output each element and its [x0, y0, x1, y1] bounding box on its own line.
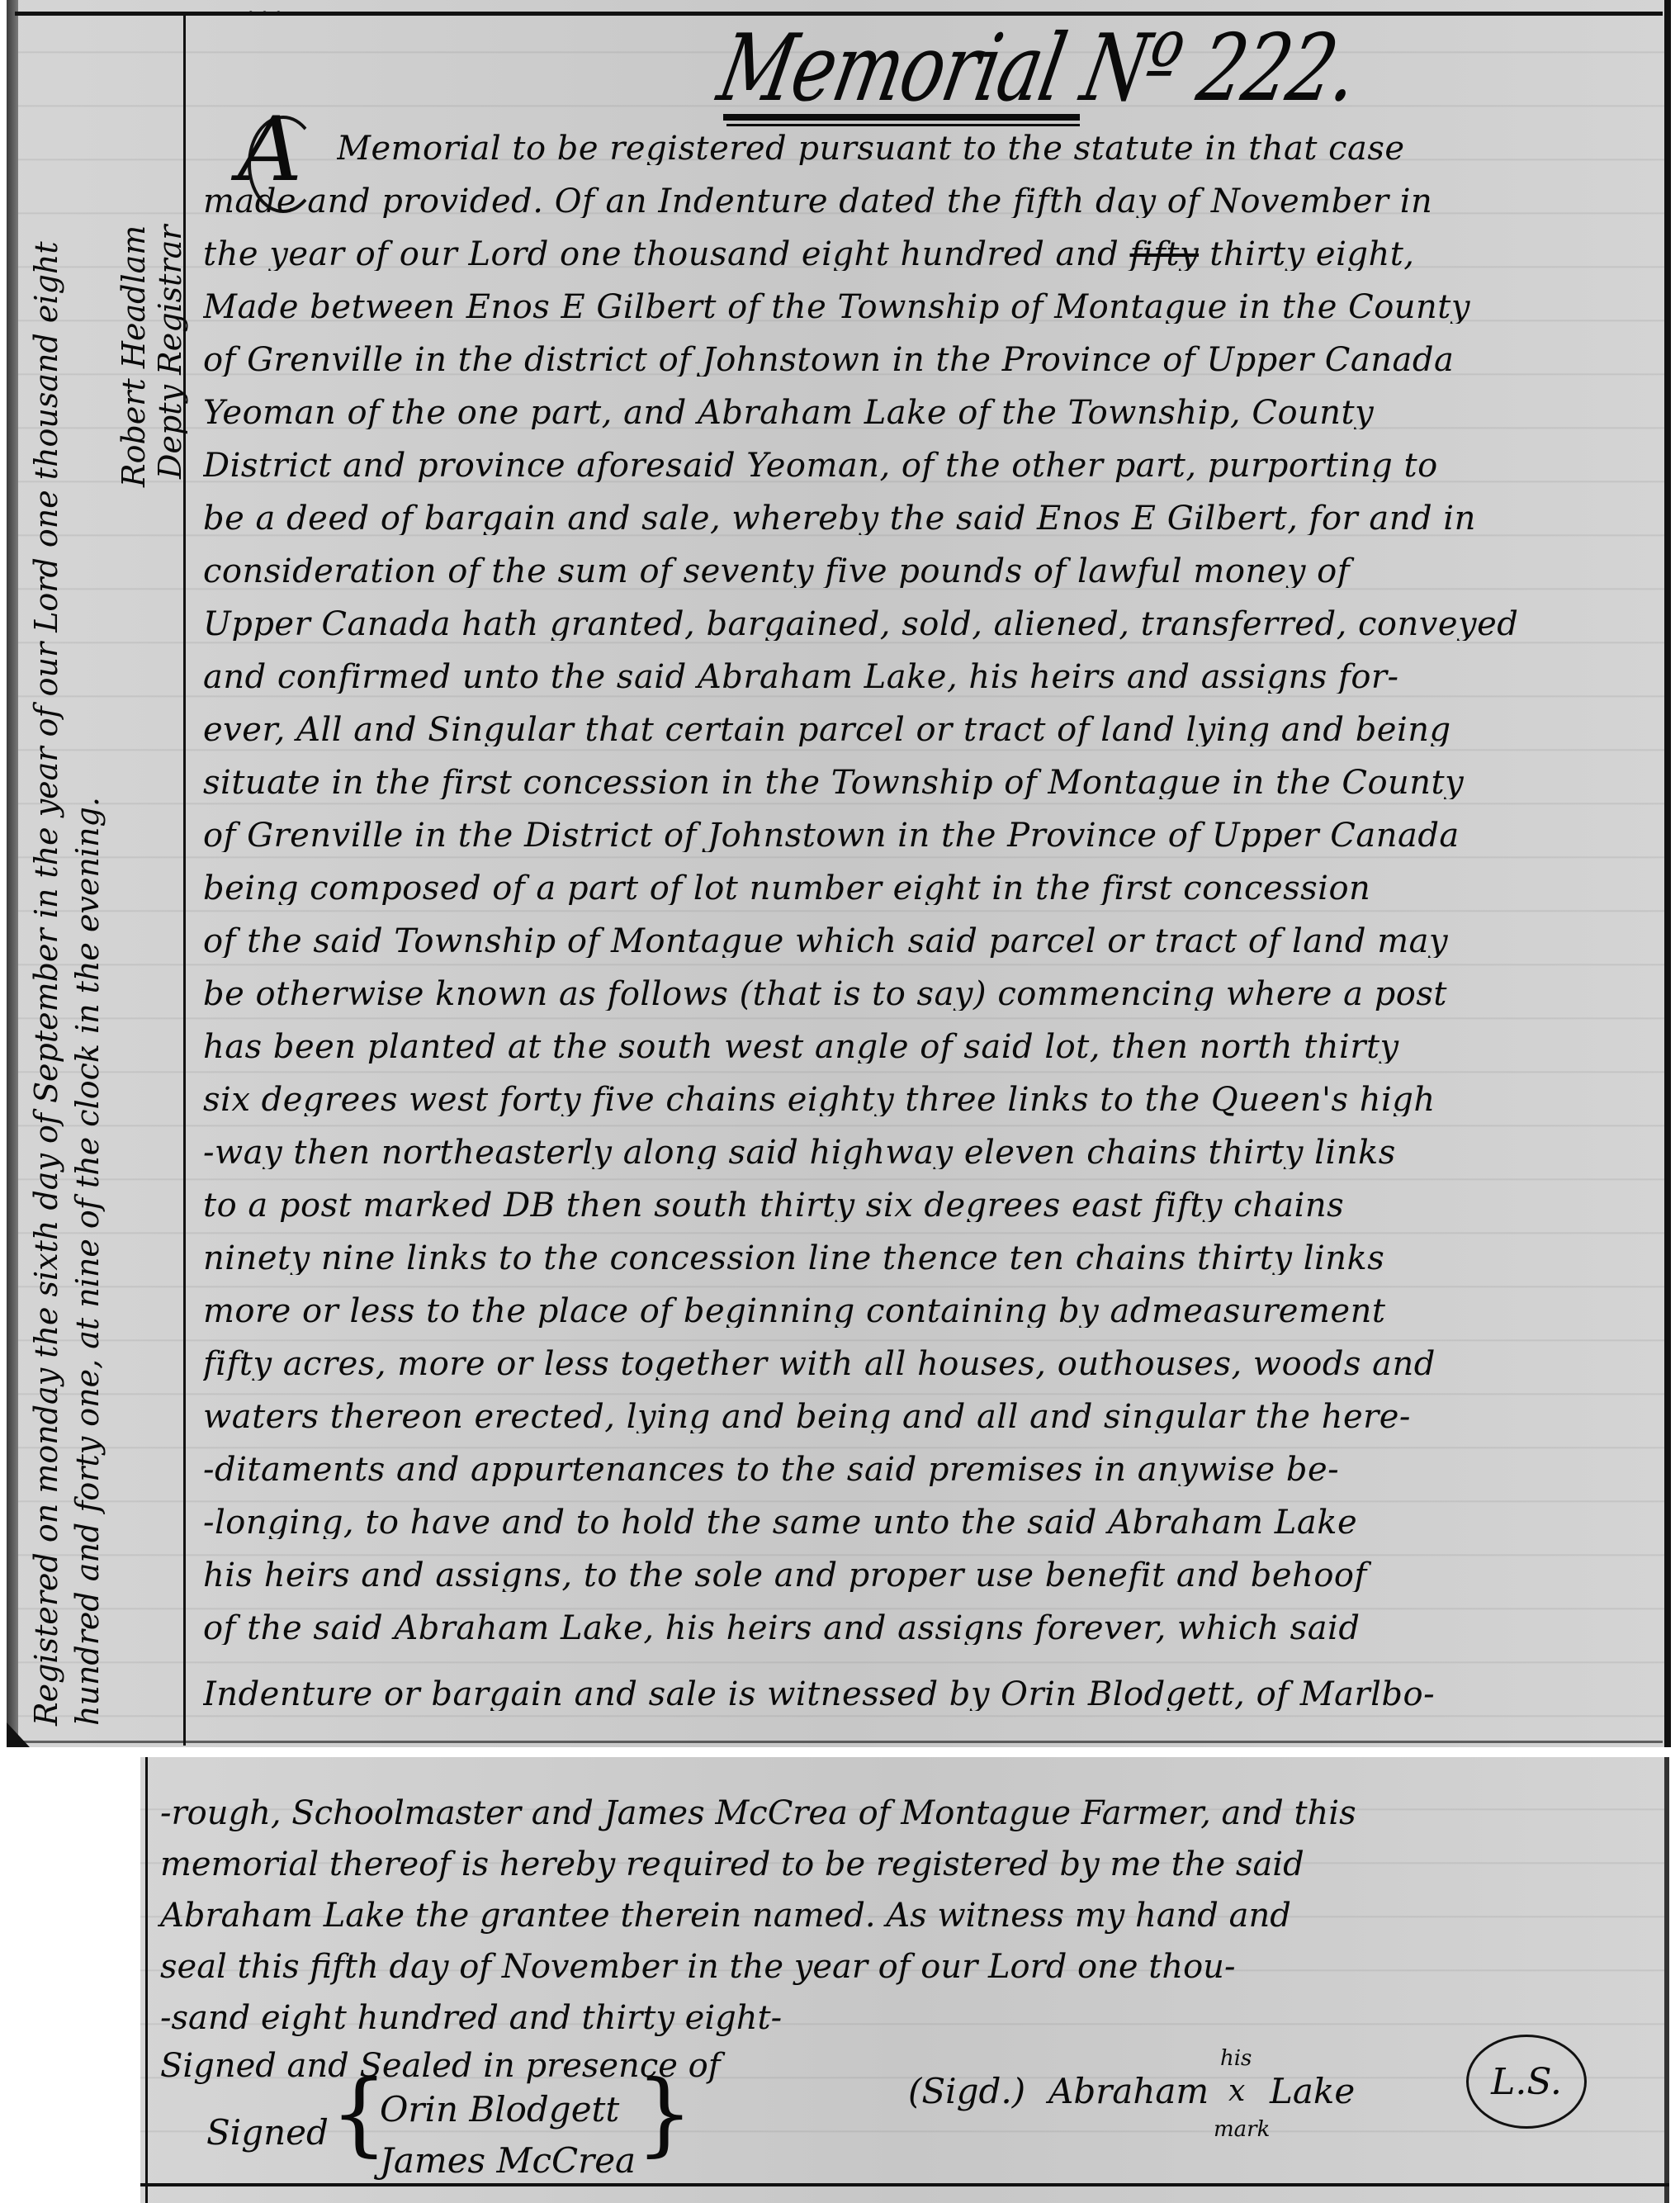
- page-binding-edge: [7, 0, 18, 1747]
- right-brace: }: [636, 2068, 693, 2158]
- seal-ls: L.S.: [1466, 2035, 1587, 2129]
- body-line-16: of the said Township of Montague which s…: [203, 925, 1664, 958]
- witness-1-signature: Orin Blodgett: [380, 2089, 619, 2130]
- body-line-23: more or less to the place of beginning c…: [203, 1295, 1664, 1328]
- body-line-3-text: the year of our Lord one thousand eight …: [203, 238, 1119, 271]
- body-line-1: Memorial to be registered pursuant to th…: [337, 132, 1680, 165]
- signatory-last-name: Lake: [1270, 2071, 1355, 2111]
- body-line-7: District and province aforesaid Yeoman, …: [203, 449, 1664, 482]
- body-line-22: ninety nine links to the concession line…: [203, 1242, 1664, 1275]
- body-line-19: six degrees west forty five chains eight…: [203, 1083, 1664, 1116]
- body-line-2: made and provided. Of an Indenture dated…: [203, 185, 1664, 218]
- signed-label: Signed: [206, 2112, 329, 2153]
- margin-rule-bottom: [145, 1757, 148, 2203]
- memorial-title: Memorial Nº 222.: [711, 15, 1366, 122]
- body-line-21: to a post marked DB then south thirty si…: [203, 1189, 1664, 1222]
- footer-rule: [15, 1741, 1663, 1743]
- margin-registration-line-1: Registered on monday the sixth day of Se…: [28, 25, 64, 1726]
- seal-text: L.S.: [1491, 2061, 1562, 2103]
- body-line-6: Yeoman of the one part, and Abraham Lake…: [203, 396, 1664, 429]
- title-underline: [723, 114, 1080, 121]
- margin-registrar-title: Depty Registrar: [152, 225, 188, 479]
- title-underline-thin: [726, 124, 1080, 126]
- body-line-10: Upper Canada hath granted, bargained, so…: [203, 608, 1664, 641]
- body-line-3: the year of our Lord one thousand eight …: [203, 238, 1664, 271]
- bottom-line-5: -sand eight hundred and thirty eight-: [160, 2002, 1646, 2035]
- cut-off-header: ...: [246, 0, 287, 21]
- body-line-3-tail: thirty eight,: [1199, 238, 1414, 271]
- body-line-28: his heirs and assigns, to the sole and p…: [203, 1559, 1664, 1592]
- body-line-20: -way then northeasterly along said highw…: [203, 1136, 1664, 1169]
- ledger-page-top: ... Memorial Nº 222. A Registered on mon…: [7, 0, 1671, 1747]
- witness-2-signature: James McCrea: [380, 2140, 636, 2181]
- body-line-11: and confirmed unto the said Abraham Lake…: [203, 661, 1664, 694]
- body-line-30: Indenture or bargain and sale is witness…: [203, 1678, 1664, 1711]
- bottom-line-3: Abraham Lake the grantee therein named. …: [160, 1899, 1646, 1932]
- drop-cap: A: [238, 106, 302, 195]
- body-line-13: situate in the first concession in the T…: [203, 766, 1664, 799]
- page-right-edge: [1664, 0, 1671, 1747]
- body-line-14: of Grenville in the District of Johnstow…: [203, 819, 1664, 852]
- body-line-4: Made between Enos E Gilbert of the Towns…: [203, 291, 1664, 324]
- bottom-rule: [140, 2183, 1669, 2186]
- ledger-page-bottom: -rough, Schoolmaster and James McCrea of…: [140, 1757, 1669, 2203]
- body-line-26: -ditaments and appurtenances to the said…: [203, 1453, 1664, 1486]
- body-line-9: consideration of the sum of seventy five…: [203, 555, 1664, 588]
- bottom-line-1: -rough, Schoolmaster and James McCrea of…: [160, 1797, 1646, 1830]
- bottom-line-2: memorial thereof is hereby required to b…: [160, 1848, 1646, 1881]
- body-line-8: be a deed of bargain and sale, whereby t…: [203, 502, 1664, 535]
- margin-registration-line-2: hundred and forty one, at nine of the cl…: [69, 487, 106, 1726]
- signatory-prefix: (Sigd.): [908, 2071, 1025, 2111]
- body-line-25: waters thereon erected, lying and being …: [203, 1400, 1664, 1433]
- struck-word: fifty: [1129, 238, 1199, 271]
- body-line-24: fifty acres, more or less together with …: [203, 1348, 1664, 1381]
- body-line-18: has been planted at the south west angle…: [203, 1030, 1664, 1064]
- body-line-27: -longing, to have and to hold the same u…: [203, 1506, 1664, 1539]
- body-line-5: of Grenville in the district of Johnstow…: [203, 343, 1664, 377]
- mark-x: x: [1228, 2074, 1245, 2108]
- body-line-29: of the said Abraham Lake, his heirs and …: [203, 1612, 1664, 1645]
- mark-label: mark: [1214, 2117, 1270, 2142]
- margin-registrar-name: Robert Headlam: [116, 225, 152, 487]
- page-right-edge-bottom: [1664, 1757, 1669, 2203]
- signatory-first-name: Abraham: [1048, 2071, 1209, 2111]
- body-line-17: be otherwise known as follows (that is t…: [203, 978, 1664, 1011]
- bottom-line-4: seal this fifth day of November in the y…: [160, 1950, 1646, 1983]
- mark-his: his: [1220, 2046, 1252, 2071]
- body-line-12: ever, All and Singular that certain parc…: [203, 713, 1664, 746]
- body-line-15: being composed of a part of lot number e…: [203, 872, 1664, 905]
